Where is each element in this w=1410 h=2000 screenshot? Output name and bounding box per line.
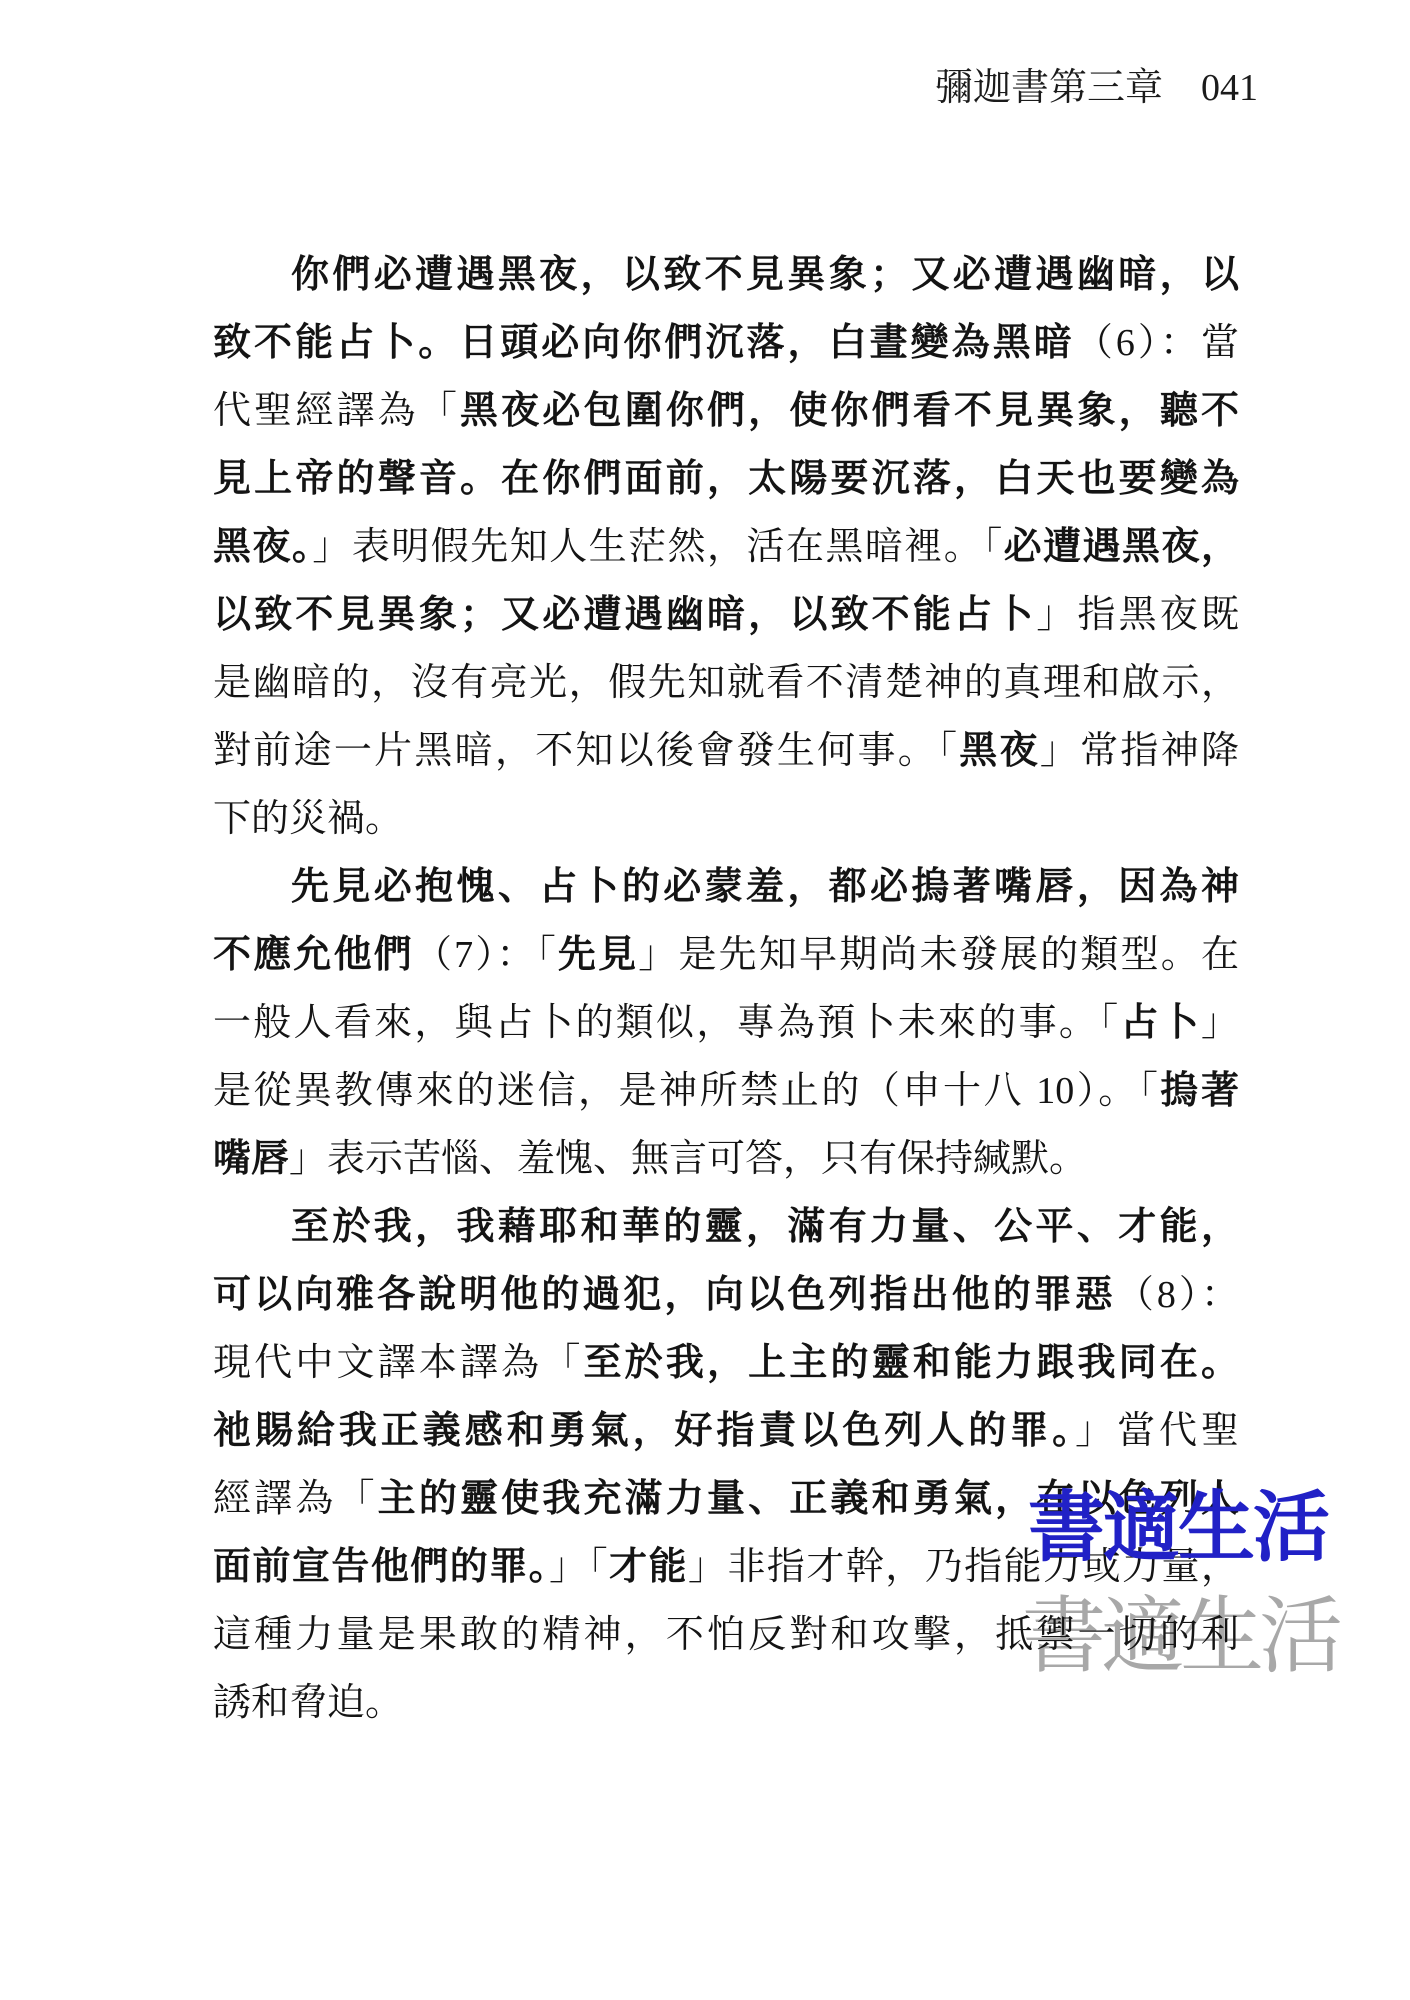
text-segment-bold: 致不能占卜。日頭必向你們沉落，白晝變為黑暗 xyxy=(213,322,1075,364)
text-segment-bold: 至於我，我藉耶和華的靈，滿有力量、公平、才能， xyxy=(291,1206,1239,1248)
text-segment: 」常指神降 xyxy=(1040,730,1239,772)
text-line: 下的災禍。 xyxy=(213,785,1239,853)
page-header: 彌迦書第三章 041 xyxy=(935,56,1258,111)
text-segment-bold: 先見必抱愧、占卜的必蒙羞，都必摀著嘴唇，因為神 xyxy=(291,866,1239,908)
text-segment: 現代中文譯本譯為「 xyxy=(213,1342,584,1384)
text-line: 這種力量是果敢的精神，不怕反對和攻擊，抵禦一切的利 xyxy=(213,1601,1239,1669)
text-segment-bold: 你們必遭遇黑夜，以致不見異象；又必遭遇幽暗，以 xyxy=(291,254,1239,296)
text-segment-bold: 至於我，上主的靈和能力跟我同在。 xyxy=(584,1342,1239,1384)
text-segment: 」是先知早期尚未發展的類型。在 xyxy=(638,934,1239,976)
text-segment: 誘和脅迫。 xyxy=(213,1682,403,1724)
text-segment-bold: 必遭遇黑夜， xyxy=(1004,526,1239,568)
text-line: 是幽暗的，沒有亮光，假先知就看不清楚神的真理和啟示， xyxy=(213,649,1239,717)
chapter-title: 彌迦書第三章 xyxy=(935,56,1163,111)
text-segment: 」指黑夜既 xyxy=(1036,594,1239,636)
text-segment-bold: 黑夜 xyxy=(959,730,1040,772)
text-segment: 」非指才幹，乃指能力或力量， xyxy=(688,1546,1239,1588)
text-segment: 」表明假先知人生茫然，活在黑暗裡。「 xyxy=(312,526,1003,568)
text-segment: 是幽暗的，沒有亮光，假先知就看不清楚神的真理和啟示， xyxy=(213,662,1239,704)
text-line: 祂賜給我正義感和勇氣，好指責以色列人的罪。」當代聖 xyxy=(213,1397,1239,1465)
text-line: 嘴唇」表示苦惱、羞愧、無言可答，只有保持緘默。 xyxy=(213,1125,1239,1193)
text-segment-bold: 黑夜必包圍你們，使你們看不見異象，聽不 xyxy=(460,390,1239,432)
text-line: 代聖經譯為「黑夜必包圍你們，使你們看不見異象，聽不 xyxy=(213,377,1239,445)
text-segment: 經譯為「 xyxy=(213,1478,378,1520)
text-segment-bold: 面前宣告他們的罪。 xyxy=(213,1546,549,1588)
text-line: 你們必遭遇黑夜，以致不見異象；又必遭遇幽暗，以 xyxy=(213,241,1239,309)
text-segment-bold: 才能 xyxy=(609,1546,688,1588)
text-line: 見上帝的聲音。在你們面前，太陽要沉落，白天也要變為 xyxy=(213,445,1239,513)
text-segment-bold: 以致不見異象；又必遭遇幽暗，以致不能占卜 xyxy=(213,594,1036,636)
text-segment-bold: 占卜 xyxy=(1120,1002,1201,1044)
text-segment: 這種力量是果敢的精神，不怕反對和攻擊，抵禦一切的利 xyxy=(213,1614,1239,1656)
text-segment-bold: 主的靈使我充滿力量、正義和勇氣，在以色列人 xyxy=(378,1478,1239,1520)
text-line: 經譯為「主的靈使我充滿力量、正義和勇氣，在以色列人 xyxy=(213,1465,1239,1533)
text-segment-bold: 見上帝的聲音。在你們面前，太陽要沉落，白天也要變為 xyxy=(213,458,1239,500)
text-line: 是從異教傳來的迷信，是神所禁止的（申十八 10）。「摀著 xyxy=(213,1057,1239,1125)
text-segment: （6）：當 xyxy=(1075,322,1239,364)
text-segment: 對前途一片黑暗，不知以後會發生何事。「 xyxy=(213,730,959,772)
text-segment-bold: 嘴唇 xyxy=(213,1138,289,1180)
text-line: 致不能占卜。日頭必向你們沉落，白晝變為黑暗（6）：當 xyxy=(213,309,1239,377)
page-number: 041 xyxy=(1201,66,1258,110)
text-segment: （8）： xyxy=(1116,1274,1239,1316)
text-segment-bold: 可以向雅各說明他的過犯，向以色列指出他的罪惡 xyxy=(213,1274,1116,1316)
text-segment: 下的災禍。 xyxy=(213,798,403,840)
text-segment-bold: 祂賜給我正義感和勇氣，好指責以色列人的罪。 xyxy=(213,1410,1075,1452)
text-line: 誘和脅迫。 xyxy=(213,1669,1239,1737)
text-segment: 」 xyxy=(1201,1002,1239,1044)
text-line: 先見必抱愧、占卜的必蒙羞，都必摀著嘴唇，因為神 xyxy=(213,853,1239,921)
text-segment-bold: 黑夜。 xyxy=(213,526,312,568)
body-text: 你們必遭遇黑夜，以致不見異象；又必遭遇幽暗，以致不能占卜。日頭必向你們沉落，白晝… xyxy=(213,241,1239,1737)
text-segment: 」表示苦惱、羞愧、無言可答，只有保持緘默。 xyxy=(289,1138,1087,1180)
text-segment: 」「 xyxy=(549,1546,609,1588)
text-line: 黑夜。」表明假先知人生茫然，活在黑暗裡。「必遭遇黑夜， xyxy=(213,513,1239,581)
text-segment: 是從異教傳來的迷信，是神所禁止的（申十八 10）。「 xyxy=(213,1070,1160,1112)
text-segment-bold: 先見 xyxy=(558,934,638,976)
text-line: 現代中文譯本譯為「至於我，上主的靈和能力跟我同在。 xyxy=(213,1329,1239,1397)
book-page: 彌迦書第三章 041 書適生活 你們必遭遇黑夜，以致不見異象；又必遭遇幽暗，以致… xyxy=(0,0,1410,2000)
text-line: 以致不見異象；又必遭遇幽暗，以致不能占卜」指黑夜既 xyxy=(213,581,1239,649)
text-segment: 代聖經譯為「 xyxy=(213,390,460,432)
text-segment-bold: 不應允他們 xyxy=(213,934,414,976)
text-line: 一般人看來，與占卜的類似，專為預卜未來的事。「占卜」 xyxy=(213,989,1239,1057)
text-segment: 」當代聖 xyxy=(1075,1410,1239,1452)
text-segment: （7）：「 xyxy=(414,934,558,976)
text-line: 不應允他們（7）：「先見」是先知早期尚未發展的類型。在 xyxy=(213,921,1239,989)
text-segment-bold: 摀著 xyxy=(1160,1070,1239,1112)
text-line: 面前宣告他們的罪。」「才能」非指才幹，乃指能力或力量， xyxy=(213,1533,1239,1601)
text-line: 至於我，我藉耶和華的靈，滿有力量、公平、才能， xyxy=(213,1193,1239,1261)
text-line: 可以向雅各說明他的過犯，向以色列指出他的罪惡（8）： xyxy=(213,1261,1239,1329)
text-segment: 一般人看來，與占卜的類似，專為預卜未來的事。「 xyxy=(213,1002,1120,1044)
text-line: 對前途一片黑暗，不知以後會發生何事。「黑夜」常指神降 xyxy=(213,717,1239,785)
